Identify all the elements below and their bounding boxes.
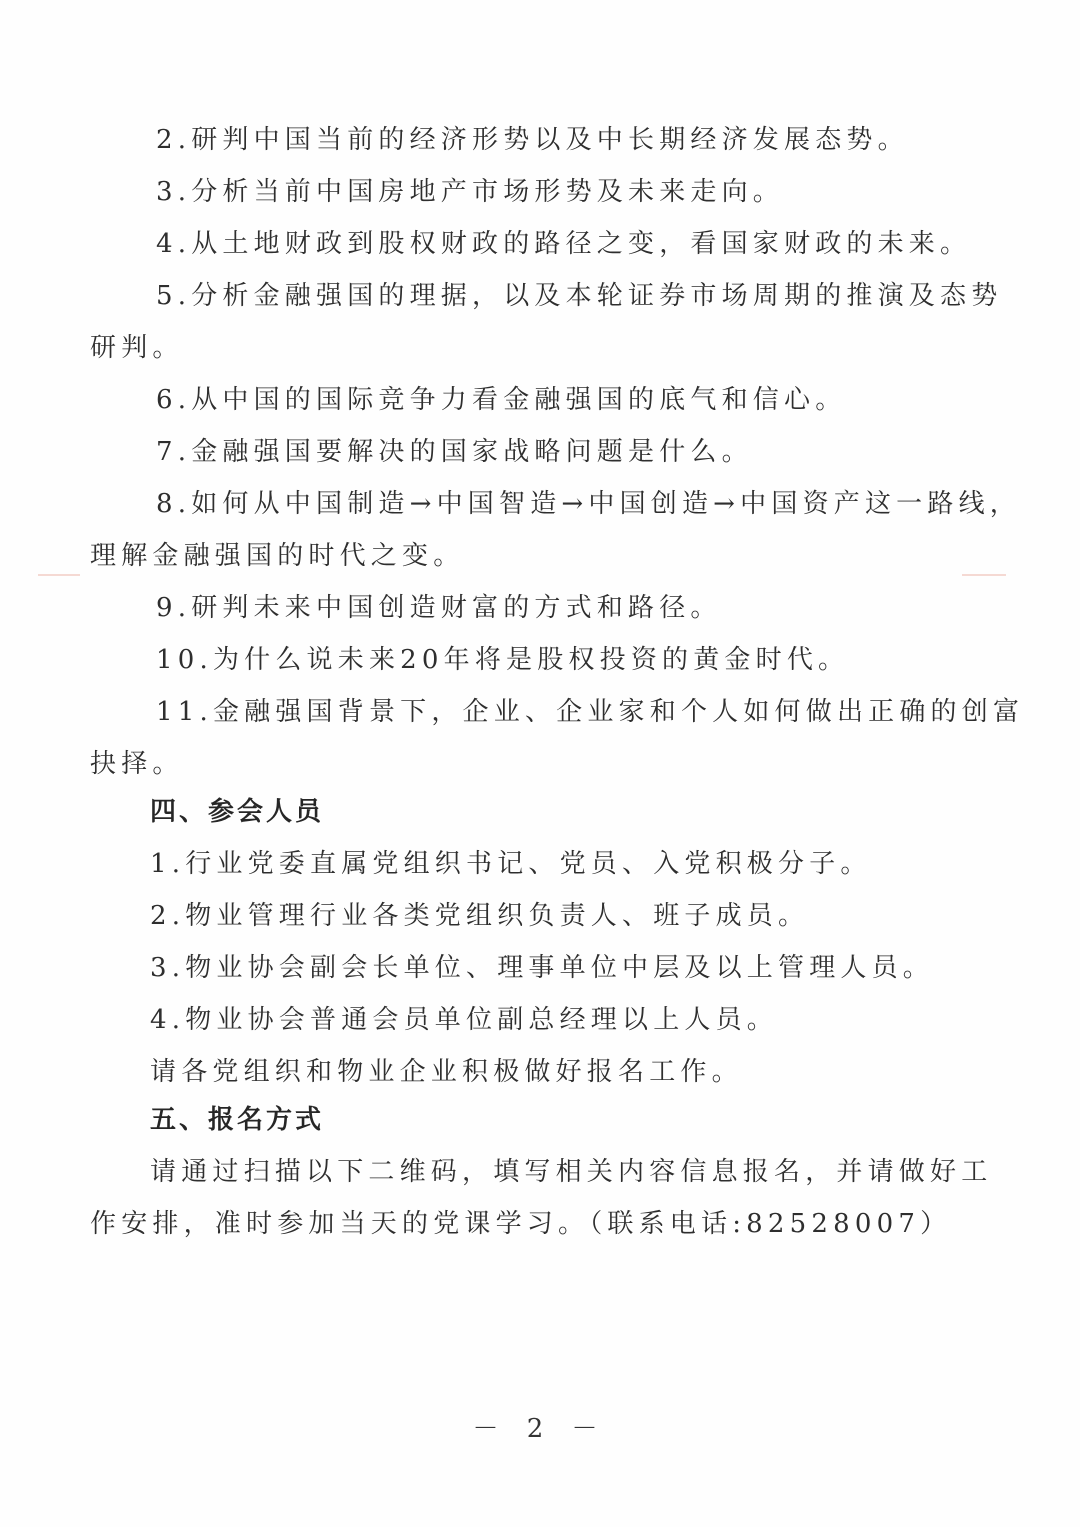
attendee-item-1: 1.行业党委直属党组织书记、党员、入党积极分子。 <box>150 847 872 881</box>
topic-item-4: 4.从土地财政到股权财政的路径之变，看国家财政的未来。 <box>156 227 971 261</box>
topic-item-5-cont: 研判。 <box>90 331 184 365</box>
topic-item-6: 6.从中国的国际竞争力看金融强国的底气和信心。 <box>156 383 846 417</box>
attendee-item-4: 4.物业协会普通会员单位副总经理以上人员。 <box>150 1003 778 1037</box>
page-number: － 2 － <box>0 1408 1080 1445</box>
binding-mark-right <box>962 574 1006 576</box>
attendee-note: 请各党组织和物业企业积极做好报名工作。 <box>150 1055 743 1089</box>
topic-item-11-cont: 抉择。 <box>90 747 184 781</box>
topic-item-9: 9.研判未来中国创造财富的方式和路径。 <box>156 591 722 625</box>
document-page: 2.研判中国当前的经济形势以及中长期经济发展态势。 3.分析当前中国房地产市场形… <box>0 0 1080 1527</box>
topic-item-3: 3.分析当前中国房地产市场形势及未来走向。 <box>156 175 784 209</box>
registration-text-line-2: 作安排，准时参加当天的党课学习。（联系电话:82528007） <box>90 1207 951 1241</box>
topic-item-10: 10.为什么说未来20年将是股权投资的黄金时代。 <box>156 643 849 677</box>
registration-text-line-1: 请通过扫描以下二维码，填写相关内容信息报名，并请做好工 <box>150 1155 992 1189</box>
attendee-item-2: 2.物业管理行业各类党组织负责人、班子成员。 <box>150 899 809 933</box>
binding-mark-left <box>38 574 80 576</box>
attendee-item-3: 3.物业协会副会长单位、理事单位中层及以上管理人员。 <box>150 951 934 985</box>
section-heading-attendees: 四、参会人员 <box>150 795 324 829</box>
topic-item-8: 8.如何从中国制造→中国智造→中国创造→中国资产这一路线， <box>156 487 1021 521</box>
section-heading-registration: 五、报名方式 <box>150 1103 324 1137</box>
topic-item-2: 2.研判中国当前的经济形势以及中长期经济发展态势。 <box>156 123 909 157</box>
topic-item-11: 11.金融强国背景下，企业、企业家和个人如何做出正确的创富 <box>156 695 1024 729</box>
topic-item-8-cont: 理解金融强国的时代之变。 <box>90 539 464 573</box>
topic-item-5: 5.分析金融强国的理据，以及本轮证券市场周期的推演及态势 <box>156 279 1002 313</box>
topic-item-7: 7.金融强国要解决的国家战略问题是什么。 <box>156 435 753 469</box>
